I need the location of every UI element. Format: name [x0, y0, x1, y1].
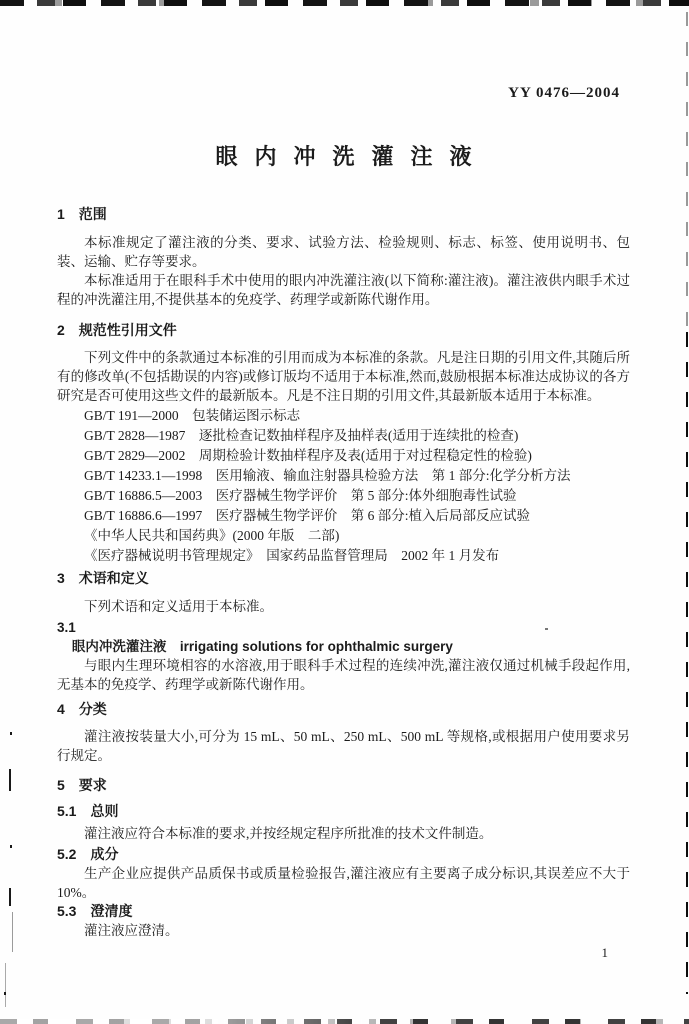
section-5-1-paragraph: 灌注液应符合本标准的要求,并按经规定程序所批准的技术文件制造。 [57, 824, 630, 843]
clause-3-1-number: 3.1 [57, 618, 630, 637]
section-1-heading: 1 范围 [57, 205, 630, 224]
section-5-2-heading: 5.2 成分 [57, 845, 630, 864]
term-definition-body: 与眼内生理环境相容的水溶液,用于眼科手术过程的连续冲洗,灌注液仅通过机械手段起作… [57, 656, 630, 694]
document-title: 眼内冲洗灌注液 [57, 144, 630, 170]
section-2-heading: 2 规范性引用文件 [57, 321, 630, 340]
section-3-intro: 下列术语和定义适用于本标准。 [57, 597, 630, 616]
reference-item: GB/T 2829—2002 周期检验计数抽样程序及表(适用于对过程稳定性的检验… [57, 446, 630, 466]
scan-ticks-right-upper [686, 12, 688, 330]
section-2-intro: 下列文件中的条款通过本标准的引用而成为本标准的条款。凡是注日期的引用文件,其随后… [57, 348, 630, 405]
reference-item: GB/T 14233.1—1998 医用输液、输血注射器具检验方法 第 1 部分… [57, 466, 630, 486]
section-5-2-paragraph: 生产企业应提供产品质保书或质量检验报告,灌注液应有主要离子成分标识,其误差应不大… [57, 864, 630, 902]
section-5-1-heading: 5.1 总则 [57, 802, 630, 821]
scan-mark-left [9, 769, 11, 791]
reference-list: GB/T 191—2000 包装储运图示标志 GB/T 2828—1987 逐批… [57, 406, 630, 566]
reference-item: 《中华人民共和国药典》(2000 年版 二部) [57, 526, 630, 546]
section-5-3-heading: 5.3 澄清度 [57, 902, 630, 921]
scan-mark-left [12, 912, 13, 952]
reference-item: 《医疗器械说明书管理规定》 国家药品监督管理局 2002 年 1 月发布 [57, 546, 630, 566]
scan-mark-left [10, 732, 12, 735]
section-1-paragraph-2: 本标准适用于在眼科手术中使用的眼内冲洗灌注液(以下简称:灌注液)。灌注液供内眼手… [57, 271, 630, 309]
section-4-heading: 4 分类 [57, 700, 630, 719]
standard-code: YY 0476—2004 [57, 84, 630, 103]
reference-item: GB/T 2828—1987 逐批检查记数抽样程序及抽样表(适用于连续批的检查) [57, 426, 630, 446]
section-3-heading: 3 术语和定义 [57, 569, 630, 588]
scan-mark-left [9, 888, 11, 906]
section-4-paragraph: 灌注液按装量大小,可分为 15 mL、50 mL、250 mL、500 mL 等… [57, 727, 630, 765]
section-5-heading: 5 要求 [57, 776, 630, 795]
term-definition-title: 眼内冲洗灌注液 irrigating solutions for ophthal… [57, 637, 630, 656]
section-1-paragraph-1: 本标准规定了灌注液的分类、要求、试验方法、检验规则、标志、标签、使用说明书、包装… [57, 233, 630, 271]
scan-ticks-right-lower [686, 332, 688, 994]
scan-mark-left [5, 963, 6, 1007]
reference-item: GB/T 16886.6—1997 医疗器械生物学评价 第 6 部分:植入后局部… [57, 506, 630, 526]
reference-item: GB/T 16886.5—2003 医疗器械生物学评价 第 5 部分:体外细胞毒… [57, 486, 630, 506]
document-page: YY 0476—2004 眼内冲洗灌注液 1 范围 本标准规定了灌注液的分类、要… [0, 0, 689, 1024]
scan-mark-left [4, 992, 6, 995]
section-5-3-paragraph: 灌注液应澄清。 [57, 921, 630, 940]
page-content: YY 0476—2004 眼内冲洗灌注液 1 范围 本标准规定了灌注液的分类、要… [57, 0, 630, 962]
scan-tear-bottom-edge [0, 1019, 689, 1024]
scan-mark-left [10, 845, 12, 848]
page-number: 1 [57, 943, 630, 962]
reference-item: GB/T 191—2000 包装储运图示标志 [57, 406, 630, 426]
